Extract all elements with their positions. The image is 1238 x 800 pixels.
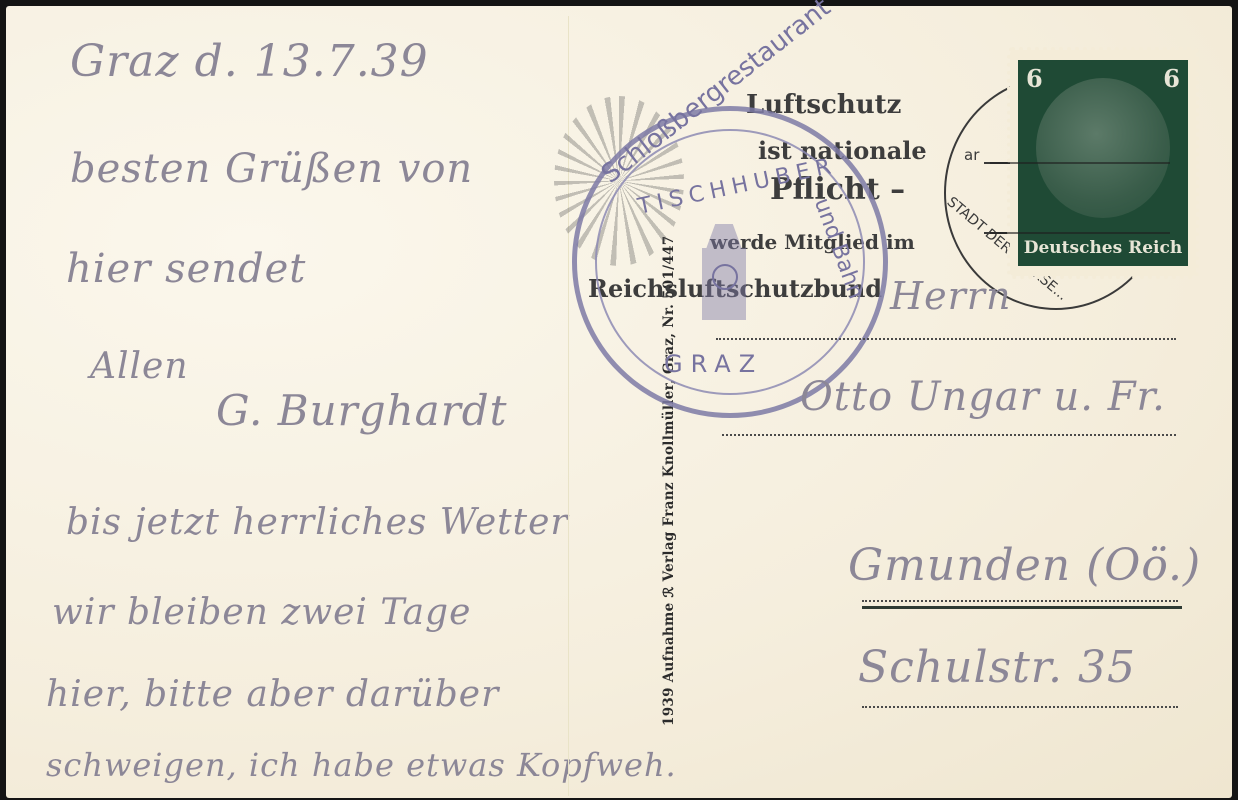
message-line: Allen [90, 346, 189, 387]
message-line: schweigen, ich habe etwas Kopfweh. [46, 746, 677, 784]
stamp-value-left: 6 [1026, 64, 1043, 93]
postcard-back: Graz d. 13.7.39 besten Grüßen von hier s… [6, 6, 1232, 798]
postmark-top: ar [964, 146, 979, 164]
message-line: hier sendet [66, 246, 306, 292]
address-name: Otto Ungar u. Fr. [800, 374, 1166, 420]
message-line: wir bleiben zwei Tage [52, 592, 471, 633]
stamp-value-right: 6 [1163, 64, 1180, 93]
address-salutation: Herrn [890, 274, 1011, 318]
message-line: besten Grüßen von [70, 146, 473, 192]
clock-face-icon [712, 264, 738, 290]
address-city: Gmunden (Oö.) [848, 540, 1201, 591]
address-underline [862, 606, 1182, 609]
address-line-4 [862, 706, 1178, 708]
message-line: bis jetzt herrliches Wetter [66, 502, 569, 543]
portrait-medallion [1036, 78, 1170, 218]
address-line-3 [862, 600, 1178, 602]
address-line-1 [716, 338, 1176, 340]
stamp-bottom-text: GRAZ [664, 350, 763, 378]
postmark-bar [990, 232, 1170, 234]
message-line: hier, bitte aber darüber [46, 674, 499, 715]
address-street: Schulstr. 35 [858, 642, 1136, 693]
address-line-2 [722, 434, 1176, 436]
postmark-bar [990, 162, 1170, 164]
signature: G. Burghardt [216, 386, 508, 435]
stamp-country: Deutsches Reich [1018, 238, 1188, 258]
message-line-date: Graz d. 13.7.39 [70, 36, 429, 87]
